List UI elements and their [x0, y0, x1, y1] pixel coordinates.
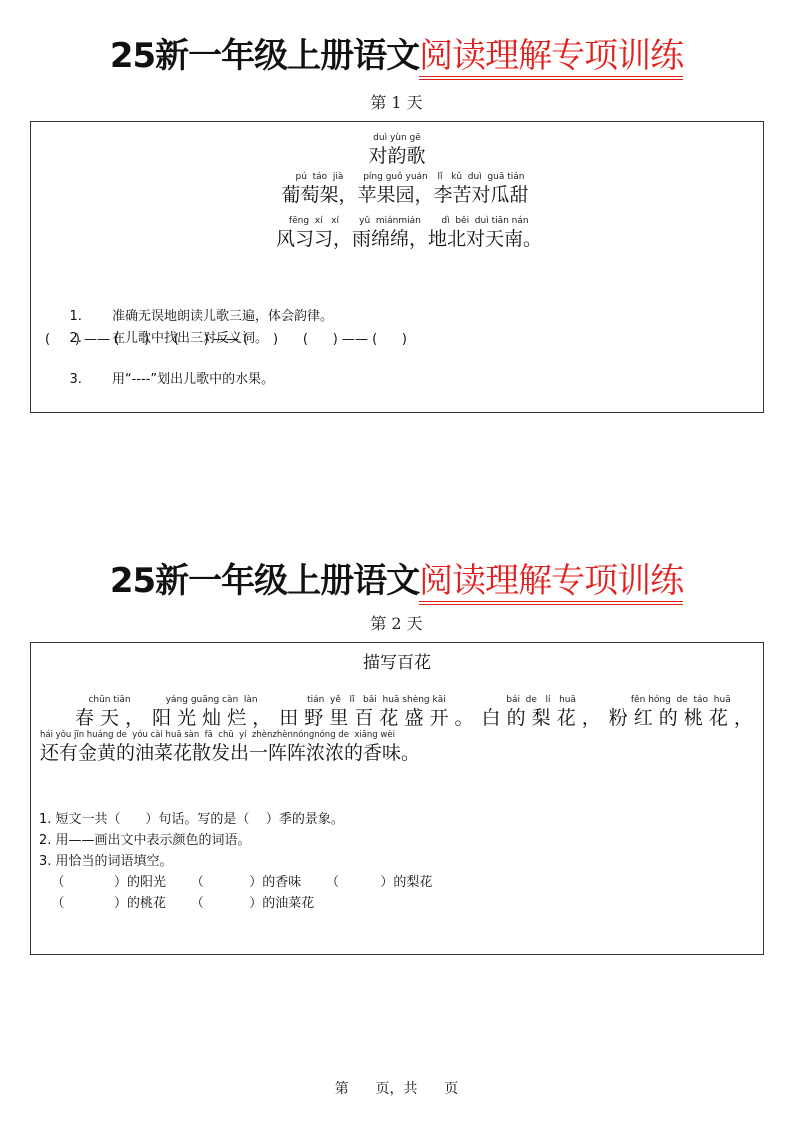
passage-line-1: chūn tiān春 天 ， yáng guāng càn làn阳 光 灿 烂…	[75, 687, 753, 730]
pinyin: chūn tiān	[88, 694, 130, 706]
poem-text: 葡萄架，	[281, 183, 357, 207]
section-2-title: 25新一年级上册语文阅读理解专项训练	[0, 559, 793, 603]
pinyin: tián yě lǐ bǎi huā shèng kāi	[307, 694, 446, 706]
passage-text: 田 野 里 百 花 盛 开 。	[279, 706, 473, 730]
poem-text: 雨绵绵，	[352, 227, 428, 251]
pinyin: yǔ miánmián	[359, 215, 421, 227]
passage-text: 还有金黄的油菜花散发出一阵阵浓浓的香味。	[40, 741, 420, 765]
question-number: 3.	[70, 372, 82, 387]
passage-text: 白 的 梨 花 ，	[482, 706, 601, 730]
title-black-part: 25新一年级上册语文	[110, 561, 419, 601]
exercise-box-1: duì yùn gē 对韵歌 pú táo jià葡萄架， píng guǒ y…	[30, 121, 764, 413]
pinyin: fěn hóng de táo huā	[631, 694, 731, 706]
pinyin: hái yǒu jīn huáng de yóu cài huā sàn fā …	[40, 729, 420, 741]
passage-text: 阳 光 灿 烂 ，	[152, 706, 271, 730]
passage-line-2: hái yǒu jīn huáng de yóu cài huā sàn fā …	[40, 729, 420, 765]
question-text: 用“----”划出儿歌中的水果。	[112, 372, 274, 387]
pinyin: pú táo jià	[296, 171, 344, 183]
passage-text: 粉 红 的 桃 花 ，	[609, 706, 753, 730]
question-2: 2. 用——画出文中表示颜色的词语。	[39, 832, 251, 850]
passage-title-text: 描写百花	[363, 653, 431, 673]
pinyin: dì běi duì tiān nán	[441, 215, 528, 227]
exercise-box-2: 描写百花 chūn tiān春 天 ， yáng guāng càn làn阳 …	[30, 642, 764, 955]
passage-title: 描写百花	[31, 651, 763, 675]
pinyin: lǐ kǔ duì guā tián	[438, 171, 525, 183]
poem-text: 风习习，	[276, 227, 352, 251]
question-1: 1. 短文一共（ ）句话。写的是（ ）季的景象。	[39, 811, 344, 829]
poem-line-2: fēng xí xí风习习， yǔ miánmián雨绵绵， dì běi du…	[43, 208, 775, 251]
day-label: 第 2 天	[0, 611, 793, 634]
section-1-title: 25新一年级上册语文阅读理解专项训练	[0, 34, 793, 78]
poem-text: 苹果园，	[357, 183, 433, 207]
title-red-part: 阅读理解专项训练	[419, 36, 683, 80]
title-red-part: 阅读理解专项训练	[419, 561, 683, 605]
question-3: 3.用“----”划出儿歌中的水果。	[53, 353, 274, 407]
day-label: 第 1 天	[0, 90, 793, 113]
page-footer: 第 页，共 页	[0, 1078, 793, 1098]
fill-blanks-row-1[interactable]: （ ）的阳光 （ ）的香味 （ ）的梨花	[39, 874, 432, 892]
pinyin: bái de lí huā	[506, 694, 576, 706]
antonym-blanks[interactable]: ( ) —— ( ) ( ) —— ( ) ( ) —— ( )	[45, 331, 407, 349]
poem-title: duì yùn gē 对韵歌	[31, 125, 763, 168]
pinyin: píng guǒ yuán	[363, 171, 428, 183]
pinyin: fēng xí xí	[289, 215, 339, 227]
poem-text: 李苦对瓜甜	[434, 183, 529, 207]
poem-title-pinyin: duì yùn gē	[373, 132, 421, 144]
fill-blanks-row-2[interactable]: （ ）的桃花 （ ）的油菜花	[39, 895, 314, 913]
passage-text: 春 天 ，	[75, 706, 144, 730]
poem-text: 地北对天南。	[428, 227, 542, 251]
title-black-part: 25新一年级上册语文	[110, 36, 419, 76]
pinyin: yáng guāng càn làn	[166, 694, 258, 706]
poem-line-1: pú táo jià葡萄架， píng guǒ yuán苹果园， lǐ kǔ d…	[39, 164, 771, 207]
question-3: 3. 用恰当的词语填空。	[39, 853, 173, 871]
